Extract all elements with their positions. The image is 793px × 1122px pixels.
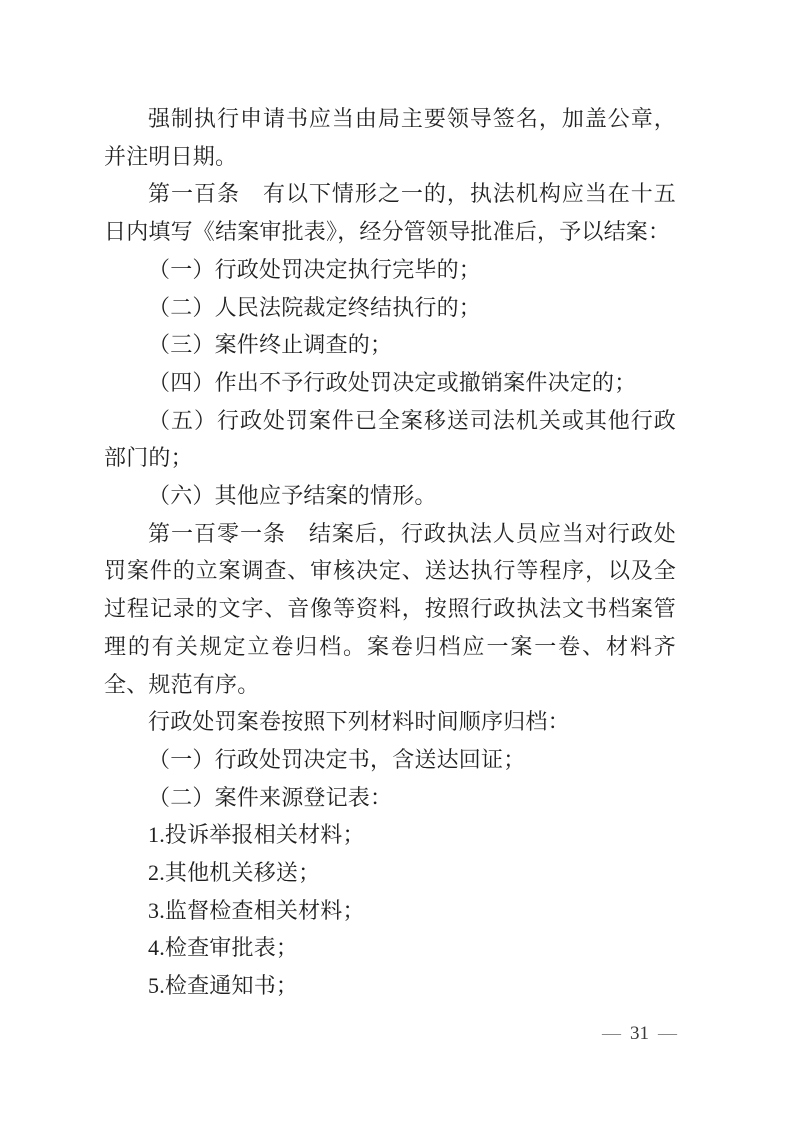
page-footer: — 31 — — [602, 1022, 677, 1046]
article-100-item-6: （六）其他应予结案的情形。 — [104, 477, 676, 515]
article-101: 第一百零一条 结案后，行政执法人员应当对行政处罚案件的立案调查、审核决定、送达执… — [104, 515, 676, 704]
archive-item-2-sub-1: 1.投诉举报相关材料； — [104, 816, 676, 854]
article-100-item-4: （四）作出不予行政处罚决定或撤销案件决定的； — [104, 364, 676, 402]
para-archive-order-intro: 行政处罚案卷按照下列材料时间顺序归档： — [104, 703, 676, 741]
archive-item-2-sub-3: 3.监督检查相关材料； — [104, 892, 676, 930]
article-100-item-1: （一）行政处罚决定执行完毕的； — [104, 251, 676, 289]
article-100-item-5: （五）行政处罚案件已全案移送司法机关或其他行政部门的； — [104, 402, 676, 477]
archive-item-2-sub-2: 2.其他机关移送； — [104, 854, 676, 892]
archive-item-2: （二）案件来源登记表： — [104, 779, 676, 817]
page-number: 31 — [630, 1022, 649, 1046]
article-100-item-3: （三）案件终止调查的； — [104, 326, 676, 364]
para-enforcement-application: 强制执行申请书应当由局主要领导签名，加盖公章，并注明日期。 — [104, 100, 676, 175]
article-100-item-2: （二）人民法院裁定终结执行的； — [104, 289, 676, 327]
page-number-dash-left: — — [602, 1022, 621, 1046]
archive-item-2-sub-4: 4.检查审批表； — [104, 929, 676, 967]
document-page: 强制执行申请书应当由局主要领导签名，加盖公章，并注明日期。 第一百条 有以下情形… — [0, 0, 793, 1122]
article-100-intro: 第一百条 有以下情形之一的，执法机构应当在十五日内填写《结案审批表》，经分管领导… — [104, 175, 676, 250]
document-body: 强制执行申请书应当由局主要领导签名，加盖公章，并注明日期。 第一百条 有以下情形… — [104, 100, 676, 1005]
archive-item-2-sub-5: 5.检查通知书； — [104, 967, 676, 1005]
archive-item-1: （一）行政处罚决定书，含送达回证； — [104, 741, 676, 779]
page-number-dash-right: — — [658, 1022, 677, 1046]
